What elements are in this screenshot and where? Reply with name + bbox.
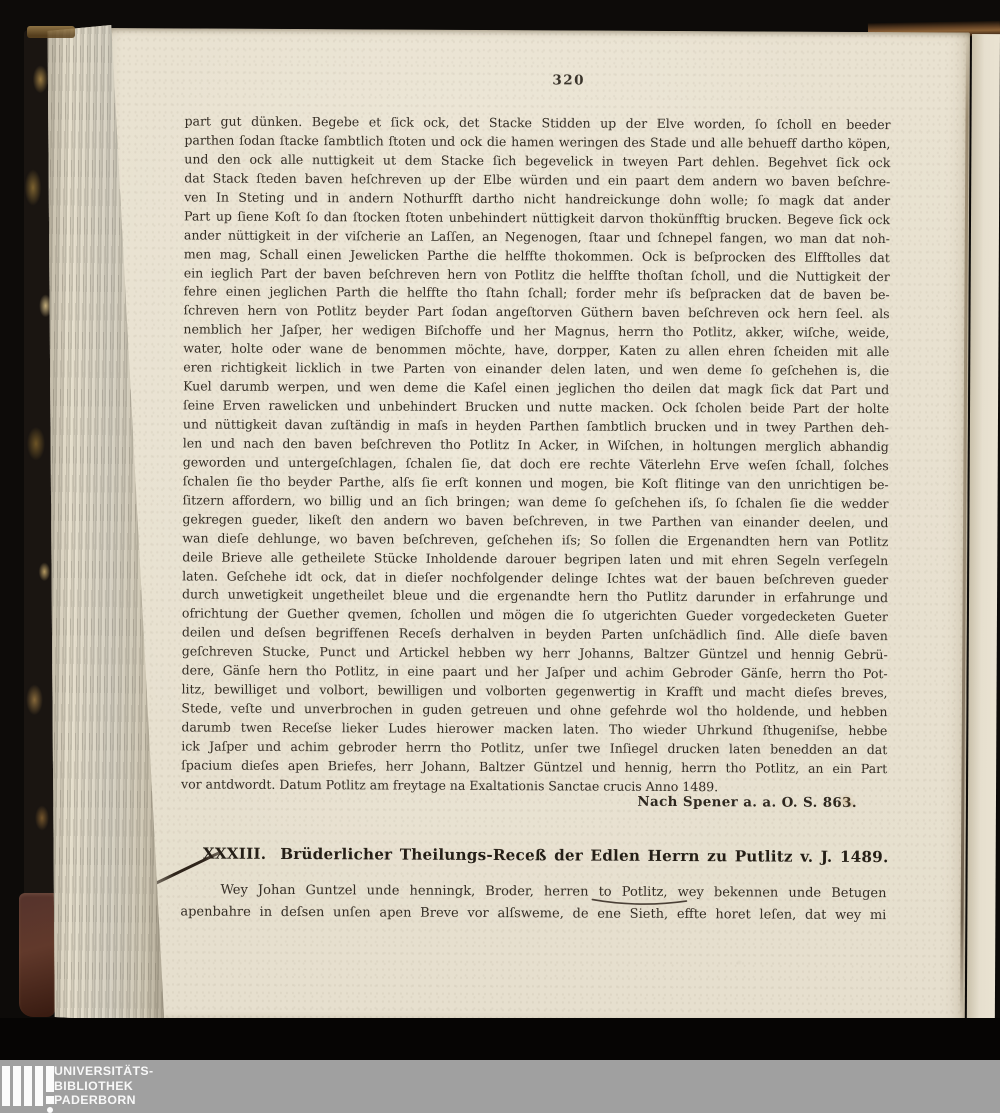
leather-spine-corner bbox=[19, 893, 55, 1017]
logo-dot-icon bbox=[46, 1096, 54, 1104]
body-paragraph: part gut dünken. Begebe et ſick ock, det… bbox=[181, 112, 891, 797]
page-number: 320 bbox=[219, 71, 919, 91]
ink-underline-mark bbox=[589, 897, 689, 910]
logo-bar-icon bbox=[46, 1066, 54, 1092]
logo-bar-icon bbox=[24, 1066, 32, 1106]
logo-bar-icon bbox=[13, 1066, 21, 1106]
logo-bar-icon bbox=[35, 1066, 43, 1106]
section-heading: XXXIII.Brüderlicher Theilungs-Receß der … bbox=[191, 844, 901, 866]
logo-bar-icon bbox=[2, 1066, 10, 1106]
library-name-line: BIBLIOTHEK bbox=[54, 1079, 153, 1094]
library-name-line: UNIVERSITÄTS- bbox=[54, 1064, 153, 1079]
library-name-line: PADERBORN bbox=[54, 1093, 153, 1108]
scan-background-band bbox=[0, 1018, 1000, 1060]
book-scan-scene: 320 part gut dünken. Begebe et ſick ock,… bbox=[0, 0, 1000, 1113]
text-line: apenbahre in deſsen unſen apen Breve vor… bbox=[180, 901, 886, 927]
library-footer-bar: UNIVERSITÄTS- BIBLIOTHEK PADERBORN bbox=[0, 1060, 1000, 1113]
source-citation: Nach Spener a. a. O. S. 863. bbox=[181, 791, 859, 811]
scanned-page: 320 part gut dünken. Begebe et ſick ock,… bbox=[98, 28, 970, 1027]
section-title: Brüderlicher Theilungs-Receß der Edlen H… bbox=[280, 845, 888, 866]
logo-dot-icon bbox=[47, 1107, 53, 1113]
library-name: UNIVERSITÄTS- BIBLIOTHEK PADERBORN bbox=[54, 1064, 153, 1108]
facing-page-sliver bbox=[967, 34, 1000, 1019]
body-paragraph-2: Wey Johan Guntzel unde henningk, Broder,… bbox=[180, 879, 886, 927]
book-edge-top-left bbox=[27, 26, 75, 38]
library-logo-icon bbox=[2, 1066, 54, 1112]
